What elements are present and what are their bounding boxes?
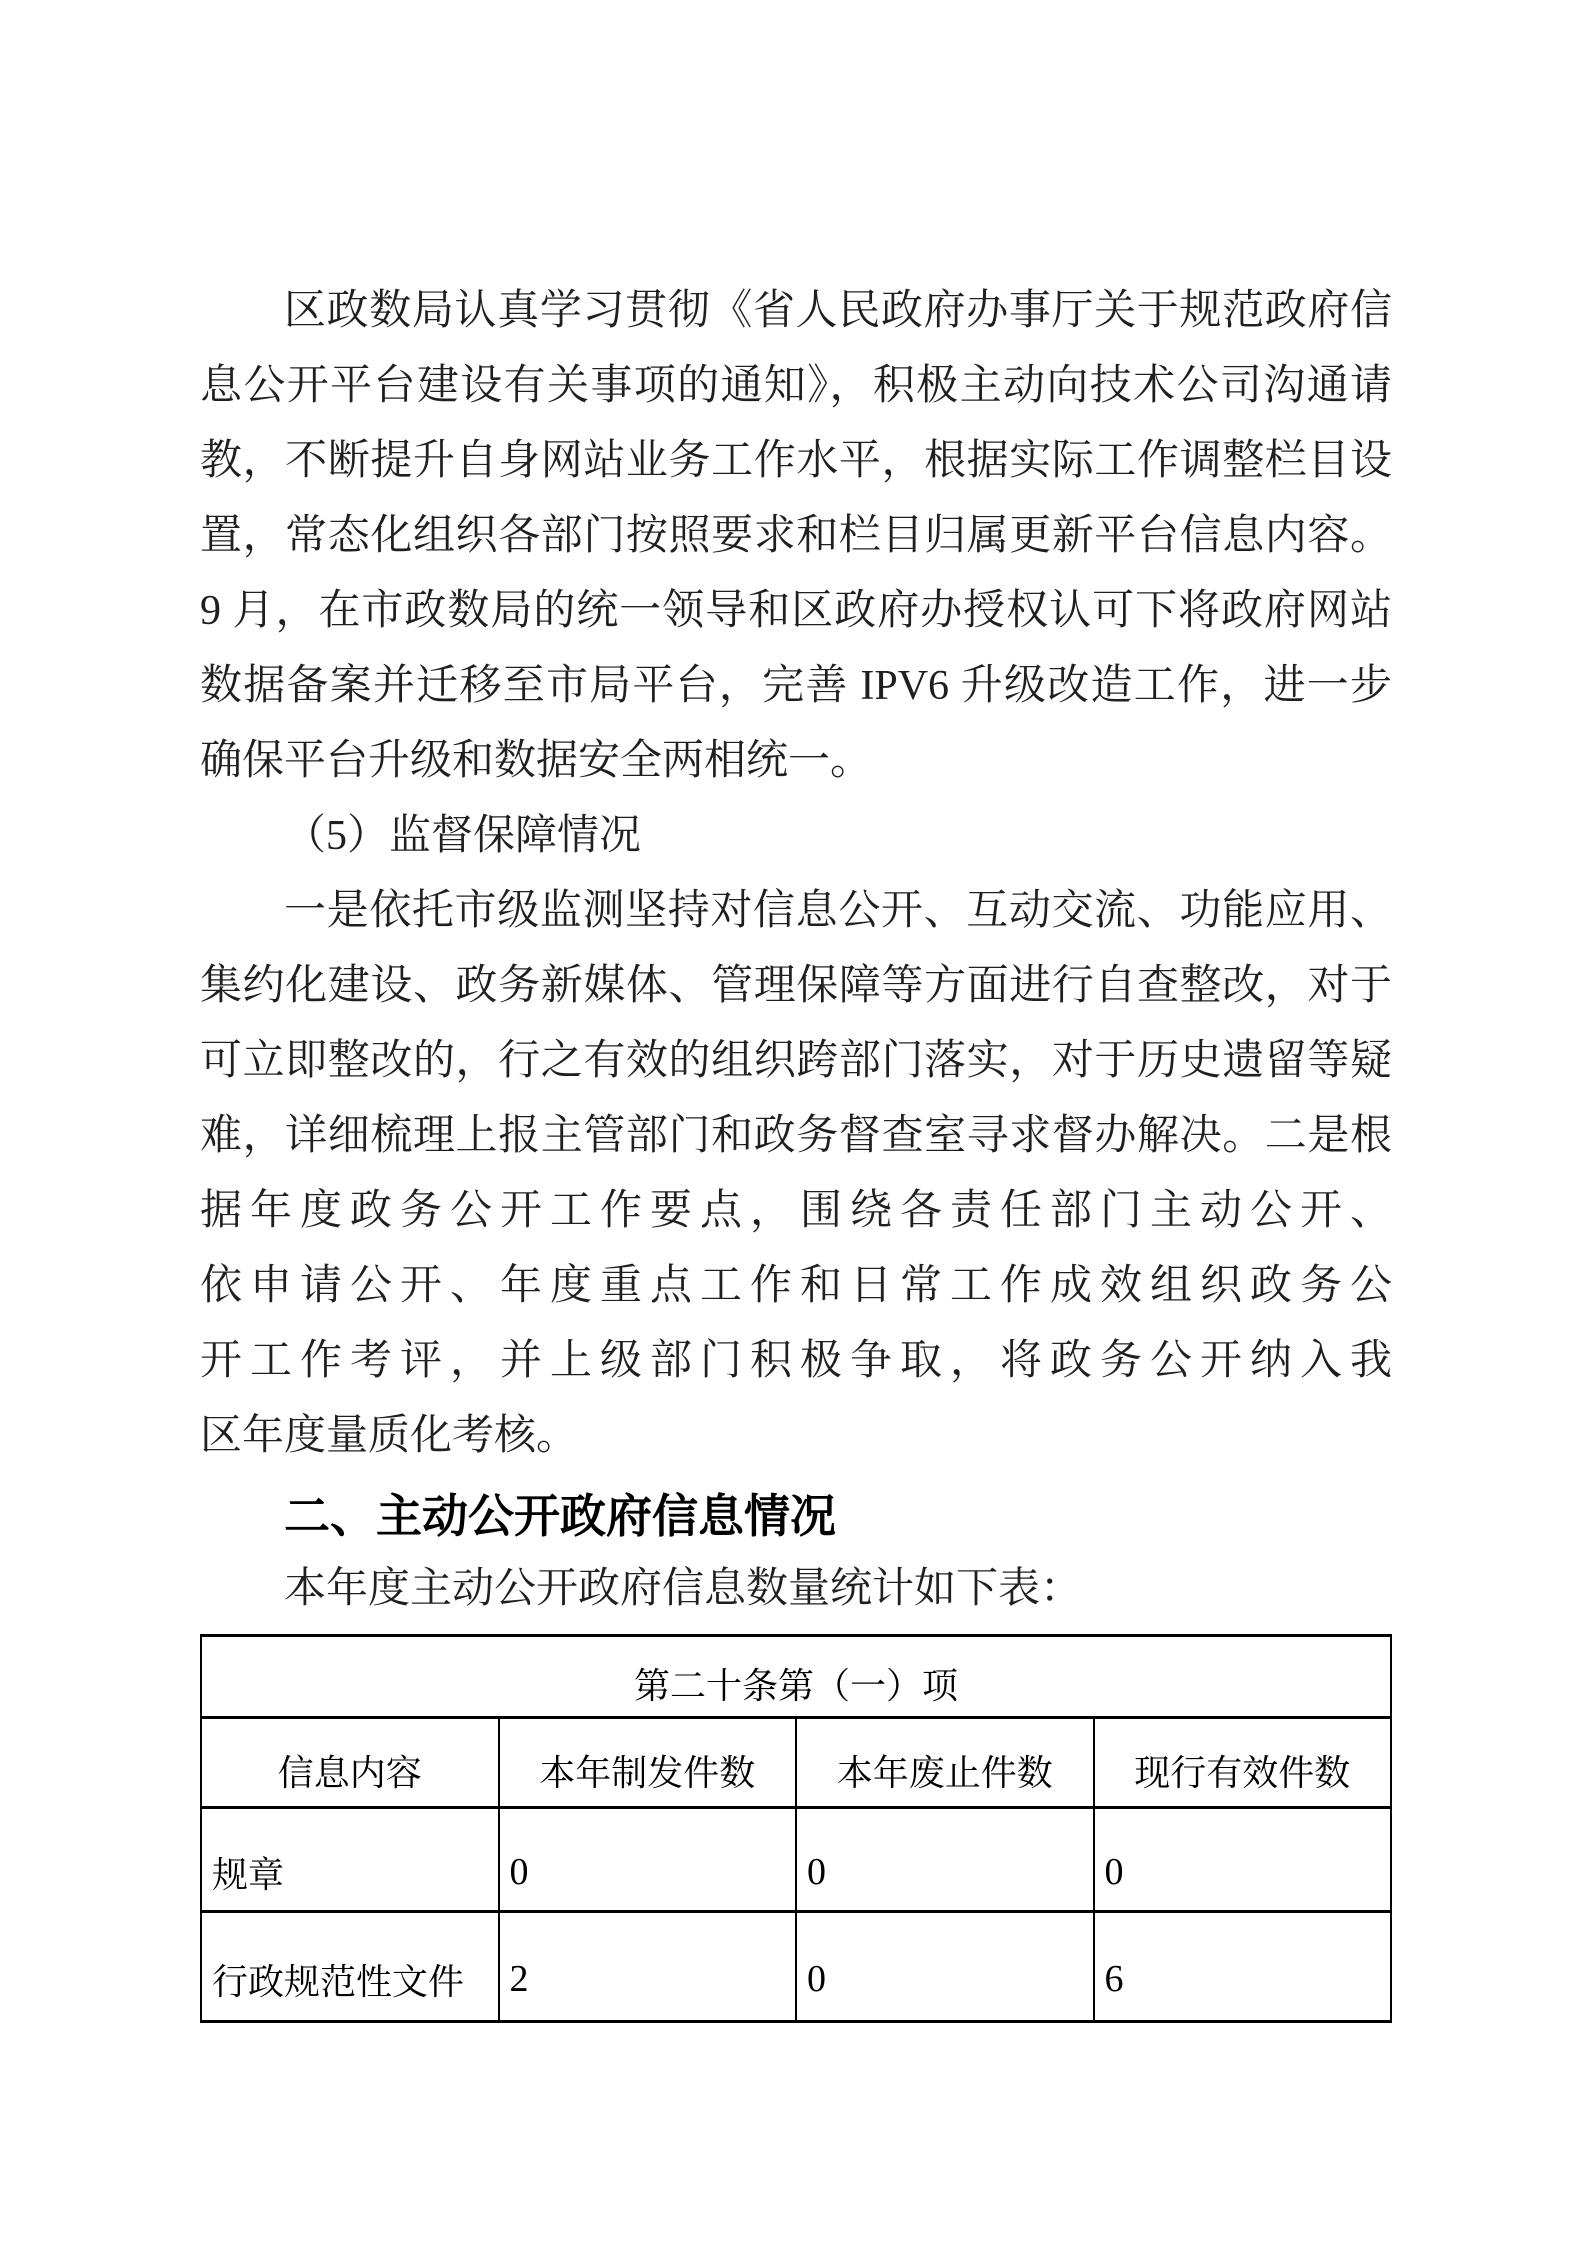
body-line: 开工作考评，并上级部门积极争取，将政务公开纳入我	[200, 1324, 1392, 1399]
body-line: 区政数局认真学习贯彻《省人民政府办事厅关于规范政府信	[200, 274, 1392, 349]
table-span-row: 第二十条第（一）项	[201, 1636, 1391, 1718]
table-header-row: 信息内容 本年制发件数 本年废止件数 现行有效件数	[201, 1718, 1391, 1808]
table-span-header: 第二十条第（一）项	[201, 1636, 1391, 1718]
body-line: 9 月，在市政数局的统一领导和区政府办授权认可下将政府网站	[200, 574, 1392, 649]
body-line: 一是依托市级监测坚持对信息公开、互动交流、功能应用、	[200, 874, 1392, 949]
column-header-info-content: 信息内容	[201, 1718, 499, 1808]
page-content: 区政数局认真学习贯彻《省人民政府办事厅关于规范政府信 息公开平台建设有关事项的通…	[200, 274, 1392, 2023]
column-header-issued-this-year: 本年制发件数	[499, 1718, 797, 1808]
cell-value: 0	[499, 1808, 797, 1912]
body-line: 教，不断提升自身网站业务工作水平，根据实际工作调整栏目设	[200, 424, 1392, 499]
body-line: 依申请公开、年度重点工作和日常工作成效组织政务公	[200, 1249, 1392, 1324]
body-line: 息公开平台建设有关事项的通知》，积极主动向技术公司沟通请	[200, 349, 1392, 424]
cell-value: 6	[1094, 1912, 1392, 2022]
column-header-currently-effective: 现行有效件数	[1094, 1718, 1392, 1808]
body-line: 难，详细梳理上报主管部门和政务督查室寻求督办解决。二是根	[200, 1099, 1392, 1174]
subsection-heading: （5）监督保障情况	[200, 799, 1392, 874]
cell-value: 2	[499, 1912, 797, 2022]
body-line: 据年度政务公开工作要点，围绕各责任部门主动公开、	[200, 1174, 1392, 1249]
cell-value: 0	[796, 1912, 1094, 2022]
table-row: 行政规范性文件 2 0 6	[201, 1912, 1391, 2022]
row-label: 规章	[201, 1808, 499, 1912]
section-heading: 二、主动公开政府信息情况	[200, 1474, 1392, 1558]
column-header-repealed-this-year: 本年废止件数	[796, 1718, 1094, 1808]
body-line: 区年度量质化考核。	[200, 1399, 1392, 1474]
body-line: 集约化建设、政务新媒体、管理保障等方面进行自查整改，对于	[200, 949, 1392, 1024]
body-line: 确保平台升级和数据安全两相统一。	[200, 724, 1392, 799]
stats-table: 第二十条第（一）项 信息内容 本年制发件数 本年废止件数 现行有效件数 规章 0…	[200, 1634, 1392, 2023]
row-label: 行政规范性文件	[201, 1912, 499, 2022]
table-intro: 本年度主动公开政府信息数量统计如下表：	[200, 1558, 1392, 1620]
body-line: 置，常态化组织各部门按照要求和栏目归属更新平台信息内容。	[200, 499, 1392, 574]
body-line: 数据备案并迁移至市局平台，完善 IPV6 升级改造工作，进一步	[200, 649, 1392, 724]
body-line: 可立即整改的，行之有效的组织跨部门落实，对于历史遗留等疑	[200, 1024, 1392, 1099]
cell-value: 0	[1094, 1808, 1392, 1912]
table-row: 规章 0 0 0	[201, 1808, 1391, 1912]
document-page: 区政数局认真学习贯彻《省人民政府办事厅关于规范政府信 息公开平台建设有关事项的通…	[0, 0, 1587, 2245]
cell-value: 0	[796, 1808, 1094, 1912]
